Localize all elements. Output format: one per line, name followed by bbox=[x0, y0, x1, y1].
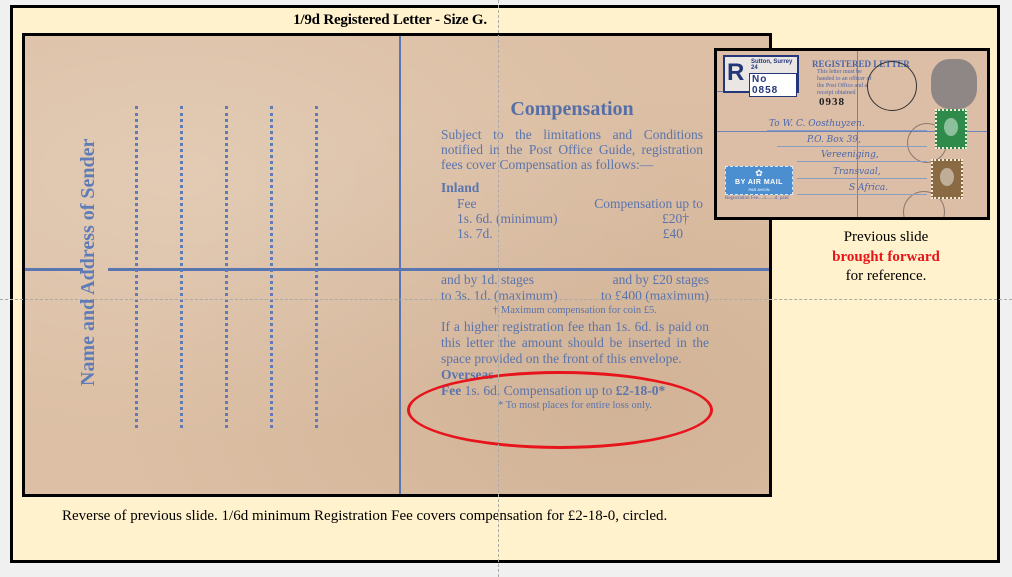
inland-row: 1s. 6d. (minimum) £20† bbox=[441, 211, 703, 226]
address-line bbox=[797, 161, 927, 162]
address-text: To W. C. Oosthuyzen. bbox=[769, 119, 865, 129]
inset-caption: Previous slide brought forward for refer… bbox=[786, 228, 986, 287]
inland-fee: 1s. 6d. (minimum) bbox=[457, 211, 558, 226]
coin-footnote: † Maximum compensation for coin £5. bbox=[441, 304, 709, 317]
address-dotted-line bbox=[270, 106, 273, 428]
compensation-intro: Subject to the limitations and Condition… bbox=[441, 127, 703, 172]
postmark-icon bbox=[867, 61, 917, 111]
address-text: P.O. Box 39, bbox=[807, 135, 861, 145]
address-line bbox=[797, 194, 927, 195]
airmail-label: ✿ BY AIR MAIL PAR AVION bbox=[725, 166, 793, 195]
stage-left: to 3s. 1d. (maximum) bbox=[441, 288, 558, 304]
inland-header-row: Fee Compensation up to bbox=[441, 196, 703, 211]
registration-office: Sutton, Surrey 24 bbox=[751, 59, 797, 71]
address-text: Transvaal, bbox=[833, 167, 881, 177]
address-dotted-line bbox=[315, 106, 318, 428]
envelope-reverse-image: Name and Address of Sender Compensation … bbox=[22, 33, 772, 497]
envelope-horizontal-rule bbox=[25, 268, 83, 271]
address-dotted-line bbox=[180, 106, 183, 428]
compensation-title: Compensation bbox=[441, 98, 703, 121]
slide-guide-horizontal bbox=[0, 299, 1012, 300]
envelope-horizontal-rule bbox=[108, 268, 769, 271]
inland-compensation: £20† bbox=[662, 211, 703, 226]
inset-serial-number: 0938 bbox=[819, 96, 845, 108]
slide-caption: Reverse of previous slide. 1/6d minimum … bbox=[62, 508, 667, 525]
address-line bbox=[767, 130, 927, 131]
highlight-circle bbox=[407, 371, 713, 449]
wings-icon: ✿ bbox=[726, 167, 792, 179]
registration-letter: R bbox=[727, 59, 744, 87]
inset-caption-line: for reference. bbox=[786, 267, 986, 287]
fee-paid-line: Registration Fee.....s.......d. paid bbox=[725, 196, 788, 201]
slide-guide-vertical bbox=[498, 0, 499, 577]
registration-number: No 0858 bbox=[749, 73, 797, 97]
embossed-stamp-icon bbox=[931, 59, 977, 109]
stage-left: and by 1d. stages bbox=[441, 272, 534, 288]
brown-stamp-icon bbox=[931, 159, 963, 199]
stage-right: to £400 (maximum) bbox=[601, 288, 709, 304]
fee-header: Fee bbox=[457, 196, 477, 211]
green-stamp-icon bbox=[935, 109, 967, 149]
inland-fee: 1s. 7d. bbox=[457, 226, 493, 241]
address-dotted-line bbox=[135, 106, 138, 428]
stage-right: and by £20 stages bbox=[613, 272, 709, 288]
queen-portrait-icon bbox=[940, 168, 954, 186]
stages-row: to 3s. 1d. (maximum) to £400 (maximum) bbox=[441, 288, 709, 304]
envelope-vertical-rule bbox=[399, 36, 401, 494]
inland-heading: Inland bbox=[441, 180, 703, 196]
address-text: Vereeniging, bbox=[821, 150, 879, 160]
inset-caption-emphasis: brought forward bbox=[786, 248, 986, 268]
airmail-subtext: PAR AVION bbox=[726, 187, 792, 192]
compensation-block: Compensation Subject to the limitations … bbox=[441, 98, 703, 241]
compensation-header: Compensation up to bbox=[594, 196, 703, 211]
slide-title: 1/9d Registered Letter - Size G. bbox=[0, 12, 780, 29]
inset-envelope-front-image: R Sutton, Surrey 24 No 0858 REGISTERED L… bbox=[714, 48, 990, 220]
higher-fee-note: If a higher registration fee than 1s. 6d… bbox=[441, 319, 709, 367]
airmail-text: BY AIR MAIL bbox=[726, 179, 792, 187]
address-line bbox=[797, 178, 927, 179]
address-line bbox=[777, 146, 927, 147]
queen-portrait-icon bbox=[944, 118, 958, 136]
stages-row: and by 1d. stages and by £20 stages bbox=[441, 272, 709, 288]
inset-caption-line: Previous slide bbox=[786, 228, 986, 248]
inland-compensation: £40 bbox=[663, 226, 703, 241]
registration-label: R Sutton, Surrey 24 No 0858 bbox=[723, 55, 799, 93]
address-dotted-line bbox=[225, 106, 228, 428]
inland-row: 1s. 7d. £40 bbox=[441, 226, 703, 241]
address-text: S Africa. bbox=[849, 183, 888, 193]
sender-address-label: Name and Address of Sender bbox=[77, 139, 100, 386]
